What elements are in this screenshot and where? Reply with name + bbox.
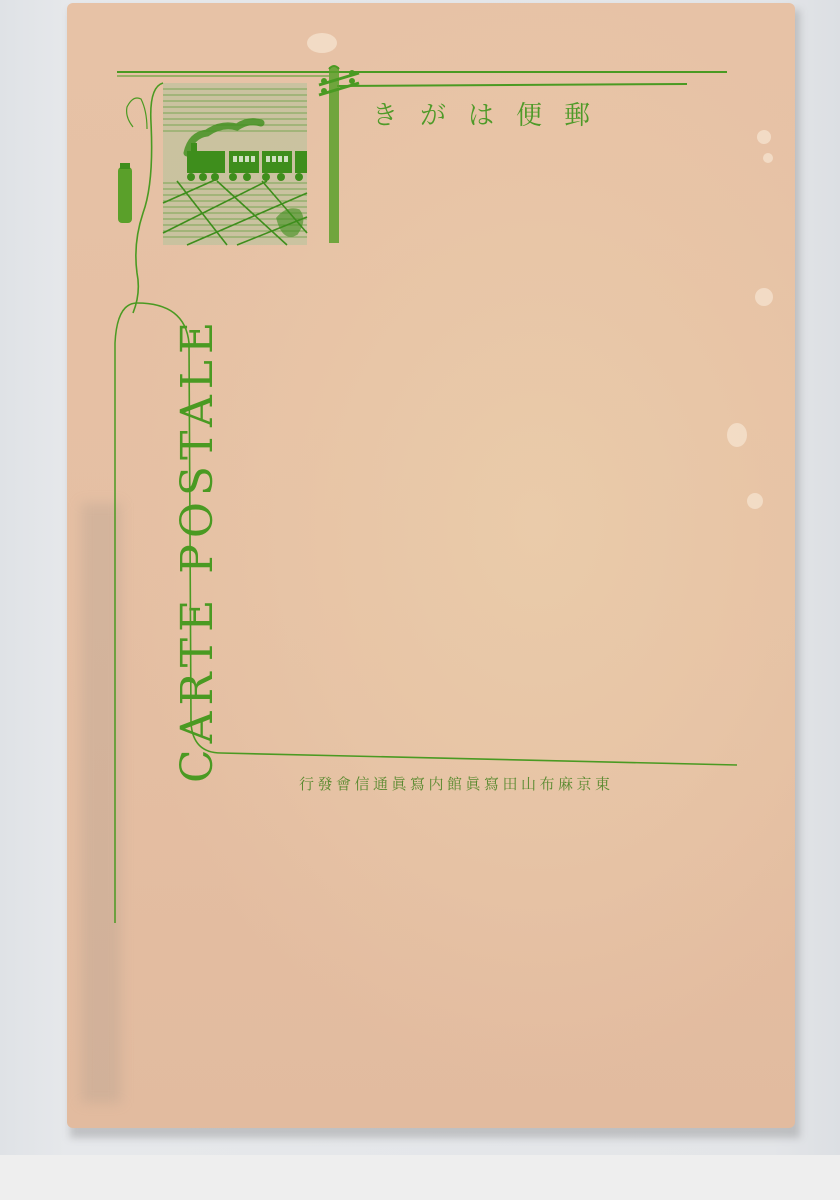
train-vignette xyxy=(163,83,307,245)
cable-plug-icon xyxy=(118,83,163,313)
postcard: 郵便はがき CARTE POSTALE 東京麻布山田寫眞館内寫眞通信會發行 xyxy=(67,3,795,1128)
postcard-heading-jp: 郵便はがき xyxy=(382,95,612,132)
telegraph-pole-icon xyxy=(319,66,359,243)
publisher-imprint: 東京麻布山田寫眞館内寫眞通信會發行 xyxy=(299,773,679,794)
carte-postale-title: CARTE POSTALE xyxy=(172,316,223,783)
